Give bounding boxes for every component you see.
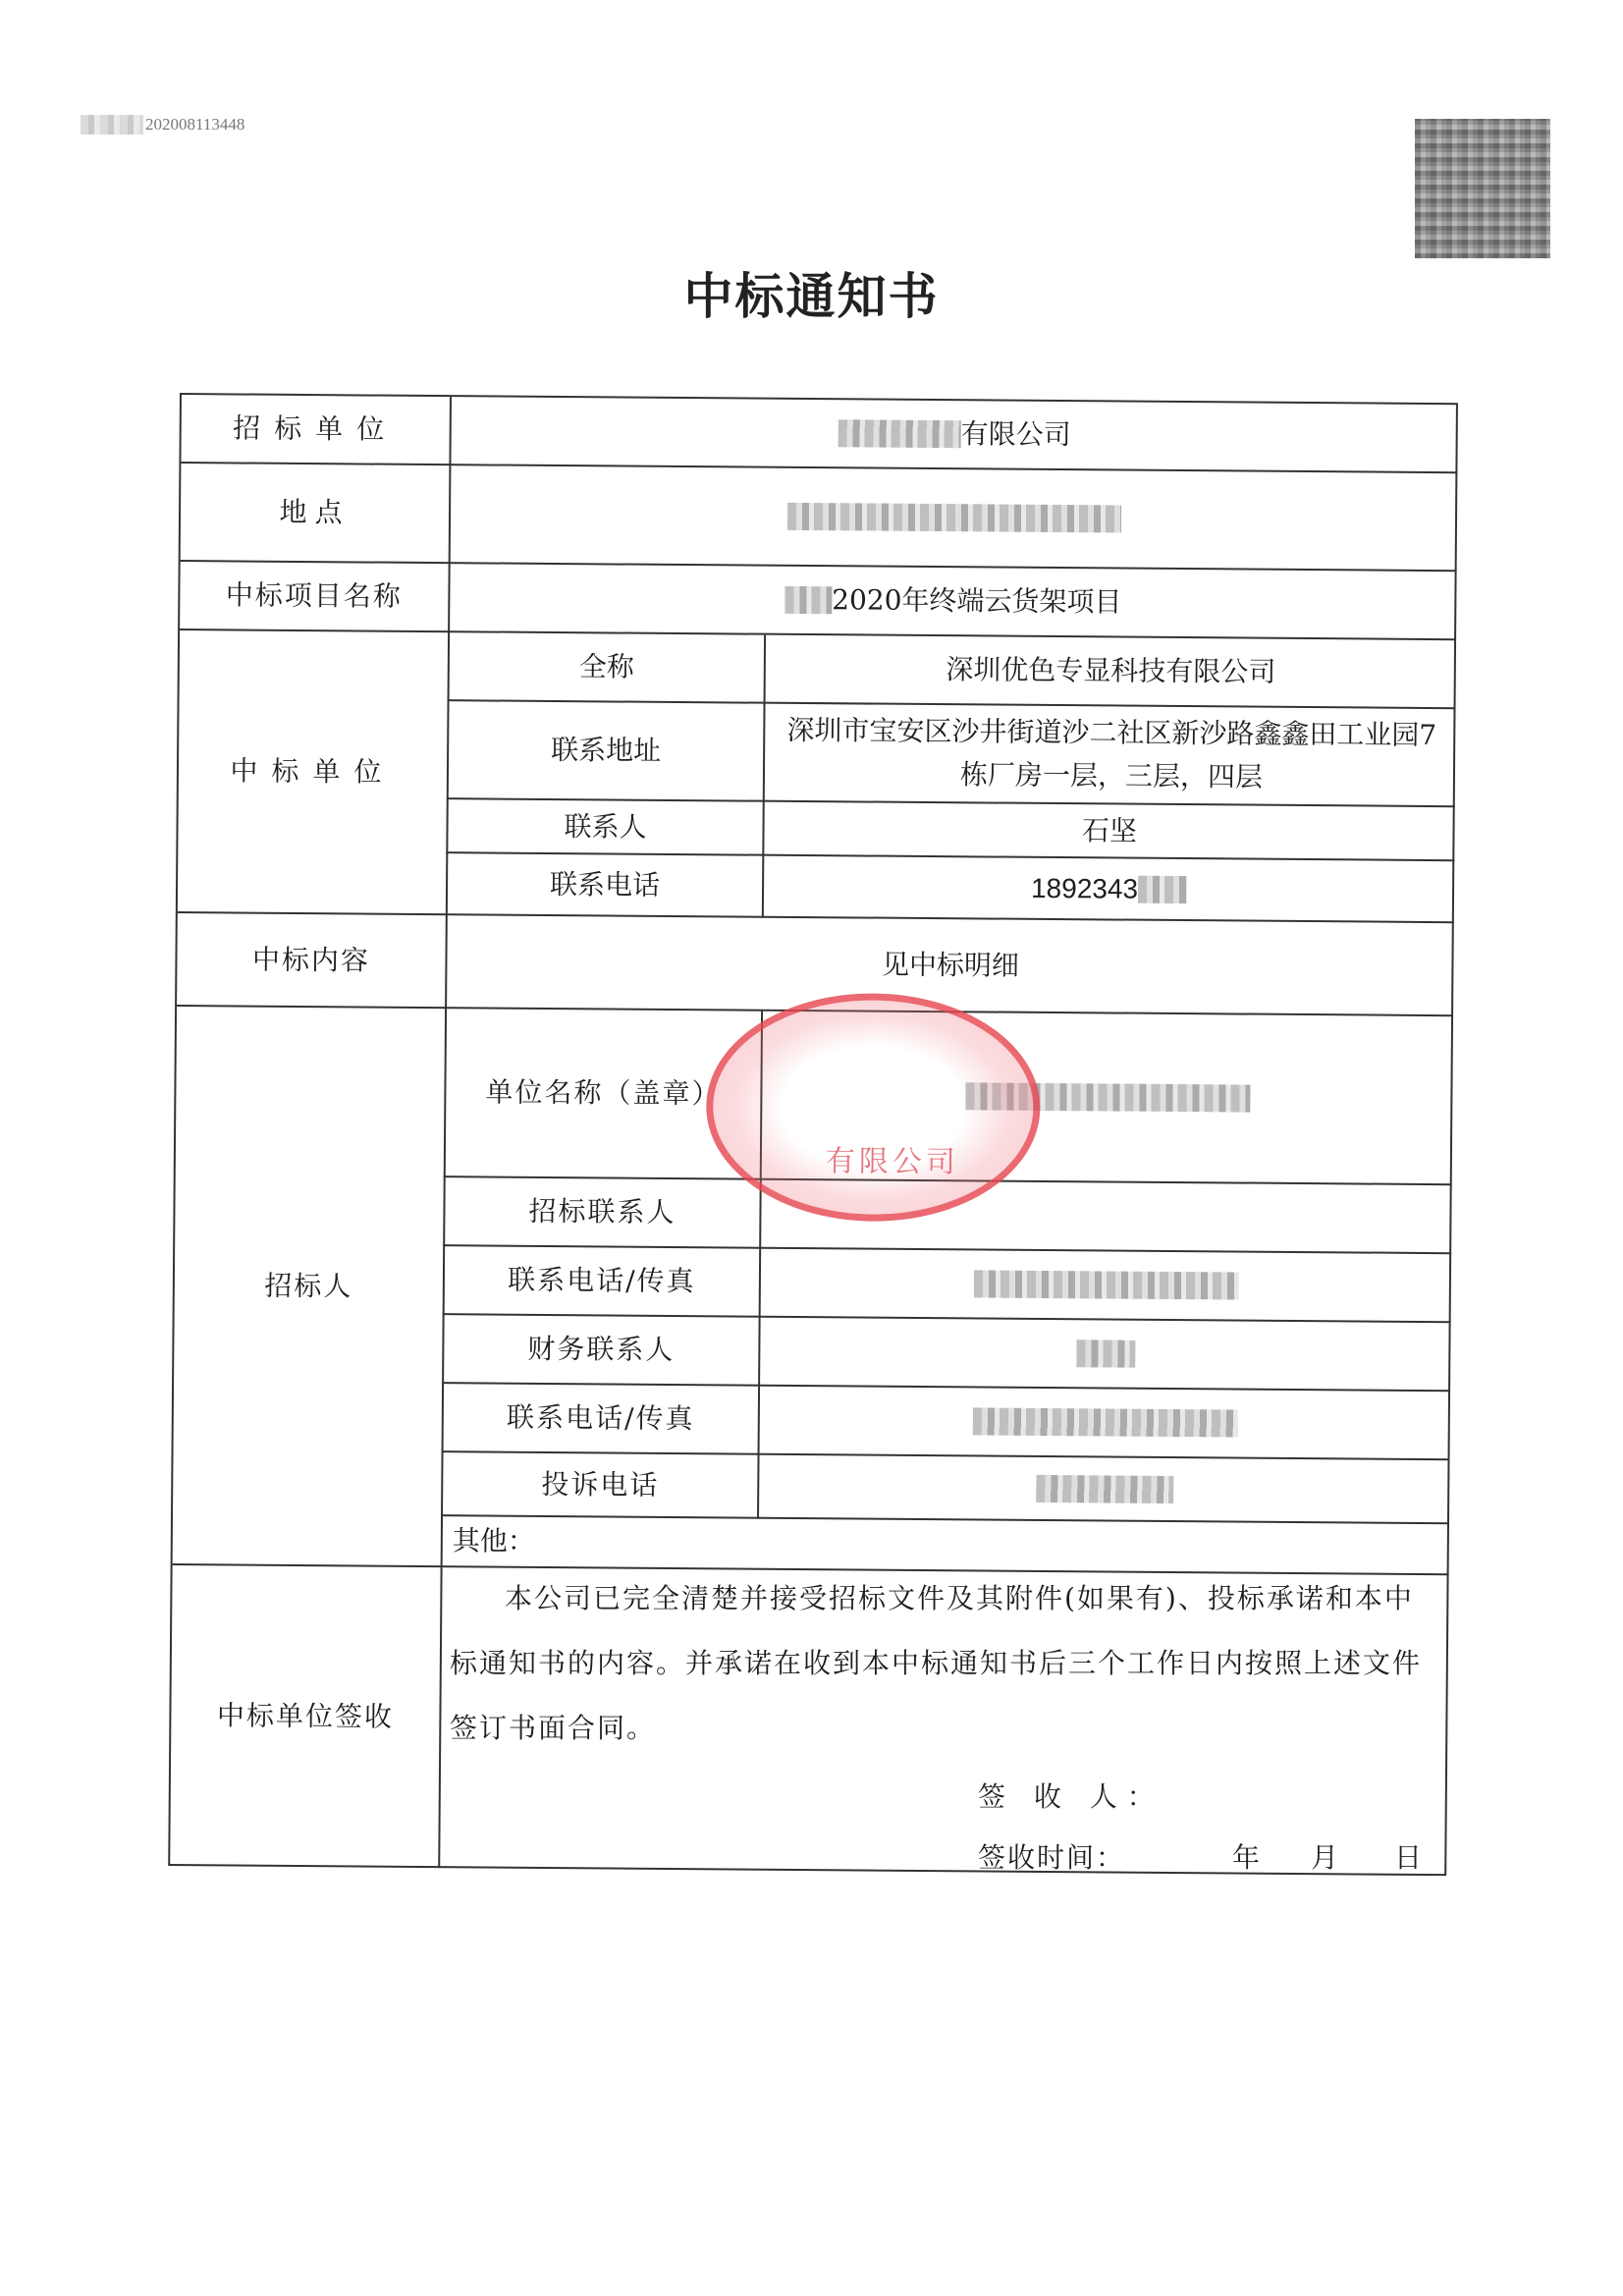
qr-code-icon xyxy=(1415,119,1550,258)
value-complaint-phone xyxy=(759,1455,1449,1523)
redacted-text xyxy=(1138,875,1187,902)
redacted-text xyxy=(973,1270,1238,1299)
label-contact-phone: 联系电话 xyxy=(448,853,762,916)
label-tenderer: 招标人 xyxy=(173,1007,445,1565)
value-phone-fax-1 xyxy=(761,1249,1452,1322)
redacted-text xyxy=(1036,1474,1173,1503)
value-bidding-unit: 有限公司 xyxy=(451,397,1458,471)
label-project-name: 中标项目名称 xyxy=(180,562,449,630)
label-phone-fax-1: 联系电话/传真 xyxy=(445,1246,760,1316)
project-name-text: 2020年终端云货架项目 xyxy=(832,581,1122,621)
redacted-prefix xyxy=(81,115,143,135)
value-location xyxy=(451,465,1458,570)
value-phone-fax-2 xyxy=(760,1387,1451,1459)
label-phone-fax-2: 联系电话/传真 xyxy=(444,1384,759,1453)
value-project-name: 2020年终端云货架项目 xyxy=(450,564,1457,638)
label-complaint-phone: 投诉电话 xyxy=(443,1452,757,1517)
label-winning-unit: 中标单位 xyxy=(178,630,448,913)
document-number-text: 202008113448 xyxy=(145,115,244,135)
label-full-name: 全称 xyxy=(450,632,765,702)
label-tender-contact: 招标联系人 xyxy=(445,1177,760,1247)
redacted-text xyxy=(784,586,832,614)
stamp-text: 有限公司 xyxy=(826,1136,959,1180)
phone-visible-digits: 1892343 xyxy=(1031,869,1138,907)
label-location: 地点 xyxy=(181,464,450,562)
sign-date-label: 签收时间： xyxy=(978,1836,1125,1876)
value-contact-phone: 1892343 xyxy=(764,856,1454,922)
value-finance-contact xyxy=(760,1318,1451,1391)
redacted-text xyxy=(1076,1339,1135,1367)
year-label: 年 xyxy=(1232,1836,1262,1876)
redacted-text xyxy=(786,503,1120,533)
label-acknowledgement: 中标单位签收 xyxy=(170,1565,440,1868)
redacted-text xyxy=(839,419,961,448)
page-title: 中标通知书 xyxy=(0,257,1623,328)
label-other: 其他： xyxy=(453,1516,747,1567)
value-full-name: 深圳优色专显科技有限公司 xyxy=(766,635,1457,708)
value-contact-person: 石坚 xyxy=(764,802,1454,860)
label-bidding-unit: 招标单位 xyxy=(181,395,450,464)
redacted-text xyxy=(972,1407,1237,1437)
day-label: 日 xyxy=(1394,1836,1424,1876)
label-contact-person: 联系人 xyxy=(448,799,762,854)
label-winning-content: 中标内容 xyxy=(177,913,446,1007)
document-number: 202008113448 xyxy=(81,112,244,137)
month-label: 月 xyxy=(1311,1836,1340,1876)
label-address: 联系地址 xyxy=(449,701,764,800)
value-address: 深圳市宝安区沙井街道沙二社区新沙路鑫鑫田工业园7栋厂房一层，三层，四层 xyxy=(778,704,1446,805)
value-winning-content: 见中标明细 xyxy=(447,915,1454,1014)
label-finance-contact: 财务联系人 xyxy=(444,1315,759,1385)
signer-label: 签 收 人： xyxy=(978,1776,1164,1815)
company-seal-stamp xyxy=(705,992,1041,1223)
pledge-text: 本公司已完全清楚并接受招标文件及其附件(如果有)、投标承诺和本中标通知书的内容。… xyxy=(450,1566,1432,1761)
bidding-unit-suffix: 有限公司 xyxy=(961,415,1071,454)
